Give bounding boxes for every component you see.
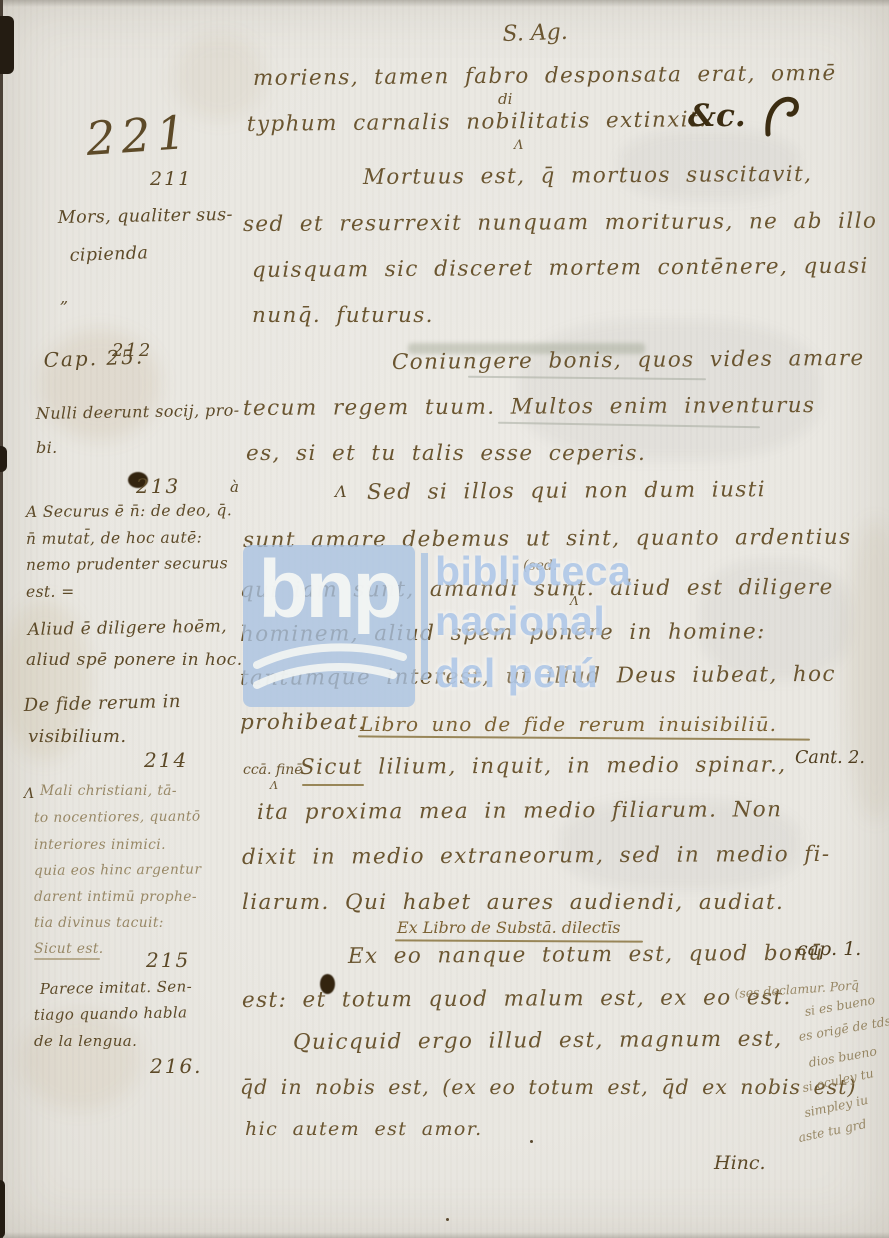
margin-note: est. = [26, 583, 75, 601]
margin-note: Parece imitat. Sen- [40, 977, 193, 998]
page-heading: S. Ag. [502, 20, 568, 47]
text-line: Sicut lilium, inquit, in medio spinar., [300, 752, 787, 780]
section-number-large: 221 [84, 105, 193, 166]
text-line: ita proxima mea in medio filiarum. Non [257, 797, 783, 825]
caret-mark: Λ [24, 786, 34, 802]
word-underline [34, 958, 100, 960]
text-line: hominem, aliud spem ponere in homine: [240, 619, 766, 647]
ink-dot [530, 1140, 533, 1143]
scan-edge-nick [0, 446, 7, 472]
text-line: nunq̄. futurus. [252, 303, 434, 328]
section-number: 215 [146, 948, 190, 972]
paper-stain [845, 520, 889, 820]
text-line: liarum. Qui habet aures audiendi, audiat… [242, 890, 784, 915]
catchword: Hinc. [714, 1152, 766, 1174]
section-number: 211 [150, 168, 192, 190]
margin-note-faint: darent intimū prophe- [34, 889, 197, 905]
text-line: moriens, tamen fabro desponsata erat, om… [253, 61, 837, 91]
margin-note: A Securus ē n̄: de deo, q̄. [26, 501, 232, 521]
text-line: dixit in medio extraneorum, sed in medio… [242, 842, 831, 870]
watermark-divider-bar [421, 553, 428, 680]
text-line: typhum carnalis nobilitatis extinxit. [247, 107, 708, 137]
text-line: es, si et tu talis esse ceperis. [246, 441, 646, 466]
text-line: Mortuus est, q̄ mortuos suscitavit, [363, 162, 813, 190]
ink-dot [446, 1218, 449, 1221]
citation-cant: Cant. 2. [795, 748, 865, 768]
section-number: 212 [112, 340, 152, 361]
text-line: tantumque interest, ut illud Deus iubeat… [240, 662, 836, 691]
margin-note-right: aste tu grd [797, 1116, 868, 1145]
text-line: Quicquid ergo illud est, magnum est, [293, 1027, 783, 1055]
scan-corner-blob [0, 16, 14, 74]
margin-note-faint: quia eos hinc argentur [34, 862, 202, 879]
text-line: q̄d in nobis est, (ex eo totum est, q̄d … [240, 1075, 856, 1099]
citation-cap1: cap. 1. [797, 938, 861, 960]
section-number: 213 [136, 474, 180, 498]
interlinear-insert: (sed. [523, 558, 557, 574]
text-line: quisquam sic disceret mortem contēnere, … [252, 254, 869, 283]
margin-note: aliud spē ponere in hoc. [26, 650, 243, 670]
margin-note-faint: Sicut est. [34, 941, 104, 957]
margin-note-faint: to nocentiores, quantō [34, 809, 201, 826]
paper-stain [20, 1010, 140, 1110]
scan-corner-blob-bottom [0, 1180, 5, 1238]
margin-note: bi. [36, 438, 58, 457]
text-line: Coniungere bonis, quos vides amare [392, 346, 865, 375]
margin-note-faint: interiores inimici. [34, 837, 166, 853]
caret-mark: Λ [270, 779, 278, 792]
pen-flourish [762, 90, 804, 142]
scan-edge-bottom [0, 1232, 889, 1238]
margin-note-faint: Mali christiani, tā- [40, 783, 177, 799]
bleedthrough-smudge [520, 320, 820, 460]
etc-mark: &c. [688, 98, 746, 134]
margin-note: Mors, qualiter sus- [58, 205, 233, 228]
margin-note-faint: tia divinus tacuit: [34, 915, 164, 931]
margin-note: tiago quando habla [34, 1003, 188, 1024]
margin-note: nemo prudenter securus [26, 554, 228, 574]
ditto-mark: „ [60, 288, 69, 307]
section-heading: Libro uno de fide rerum inuisibiliū. [360, 712, 777, 736]
caret-mark: Λ [335, 482, 347, 501]
margin-note: n̄ mutat̄, de hoc autē: [26, 528, 202, 548]
caret-mark: Λ [570, 594, 579, 608]
margin-note: cipienda [69, 243, 148, 266]
heading-underline [358, 735, 810, 740]
text-line: sed et resurrexit nunquam moriturus, ne … [243, 209, 877, 237]
interlinear-insert: di [498, 90, 512, 108]
interlinear-insert: à [230, 478, 239, 496]
section-heading: Ex Libro de Substā. dilectīs [397, 918, 620, 937]
scan-edge-left [0, 0, 3, 1238]
text-line: sunt amare debemus ut sint, quanto arden… [243, 525, 852, 553]
text-line: prohibeat. [240, 710, 367, 735]
margin-note: Nulli deerunt socij, pro- [36, 400, 240, 423]
margin-note: de la lengua. [34, 1032, 137, 1050]
scan-edge-top [0, 0, 889, 7]
section-number: 214 [144, 748, 188, 772]
margin-note: Aliud ē diligere hoēm, [28, 617, 227, 640]
margin-note: De fide rerum in [23, 691, 181, 716]
caret-mark: Λ [514, 138, 523, 153]
section-number: 216. [150, 1054, 203, 1078]
margin-note-right: si es bueno [803, 992, 876, 1019]
word-underline [302, 784, 364, 786]
text-line: Ex eo nanque totum est, quod bonū [348, 941, 824, 969]
text-line: Sed si illos qui non dum iusti [367, 477, 766, 505]
text-line: qui iam sunt, amandi sunt. aliud est dil… [240, 575, 834, 603]
text-line: tecum regem tuum. Multos enim inventurus [243, 393, 816, 421]
manuscript-page: S. Ag. moriens, tamen fabro desponsata e… [0, 0, 889, 1238]
ink-blot [320, 974, 335, 994]
margin-note: visibilium. [28, 726, 127, 747]
text-line: hic autem est amor. [245, 1118, 483, 1140]
circa-finem-note: ccā. finē [243, 762, 303, 778]
